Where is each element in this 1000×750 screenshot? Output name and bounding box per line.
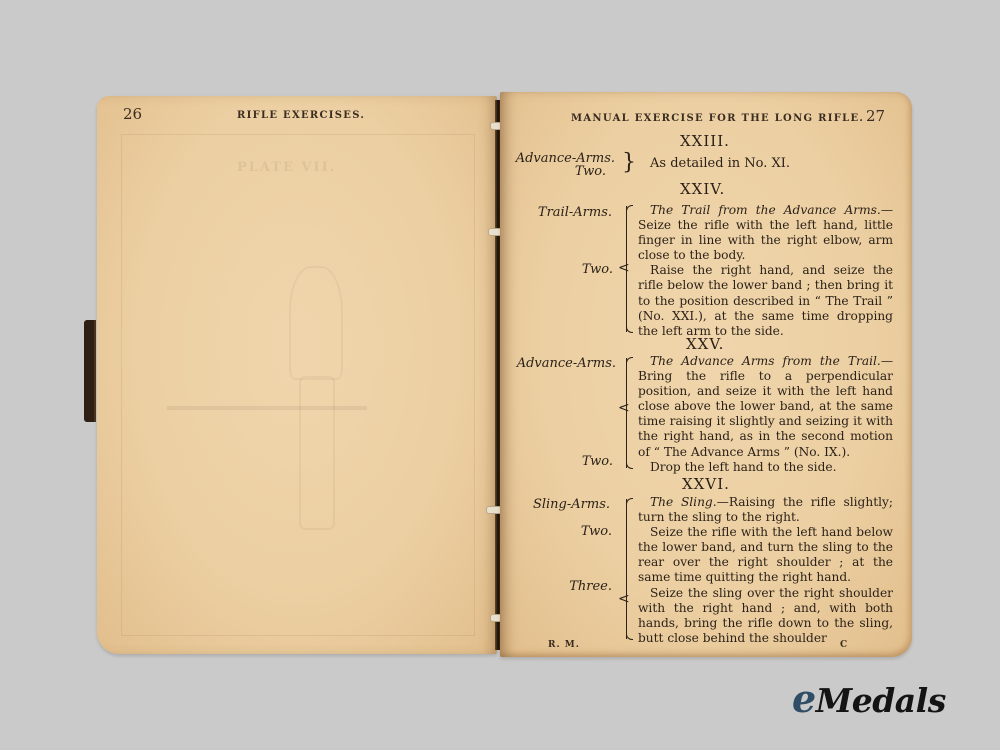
- section-body: The Advance Arms from the Trail.—Bring t…: [638, 354, 893, 475]
- section-numeral: XXV.: [686, 335, 724, 353]
- signature-mark: R. M.: [548, 640, 580, 650]
- book-clasp: [84, 320, 96, 422]
- show-through-rifle: [167, 406, 367, 410]
- brace-point-icon: <: [618, 400, 630, 416]
- right-running-head: MANUAL EXERCISE FOR THE LONG RIFLE.: [571, 113, 864, 124]
- section-title: The Trail from the Advance Arms.: [650, 203, 881, 217]
- emedals-logo: eMedals: [792, 676, 946, 721]
- show-through-plate-heading: PLATE VII.: [237, 160, 336, 175]
- logo-name: Medals: [816, 681, 946, 720]
- show-through-figure-torso: [289, 266, 343, 380]
- brace-icon: [626, 499, 633, 639]
- gathering-letter: C: [840, 640, 848, 650]
- brace-point-icon: <: [618, 591, 630, 607]
- left-running-head: RIFLE EXERCISES.: [237, 110, 365, 121]
- command-label: Two.: [500, 454, 613, 469]
- section-title: The Sling.: [650, 495, 717, 509]
- command-label: Two.: [500, 164, 606, 179]
- left-page-number: 26: [123, 105, 142, 123]
- show-through-plate-frame: [121, 134, 475, 636]
- paragraph: Bring the rifle to a perpendicular posit…: [638, 369, 893, 458]
- command-label: Advance-Arms.: [500, 356, 616, 371]
- command-label: Three.: [500, 579, 612, 594]
- section-title: The Advance Arms from the Trail.: [650, 354, 881, 368]
- paragraph: Seize the rifle with the left hand, litt…: [638, 218, 893, 262]
- section-body: The Sling.—Raising the rifle slightly; t…: [638, 495, 893, 646]
- section-numeral: XXIV.: [680, 180, 725, 198]
- section-body: The Trail from the Advance Arms.—Seize t…: [638, 203, 893, 339]
- paragraph: Seize the sling over the right shoulder …: [638, 586, 893, 646]
- command-label: Two.: [500, 262, 613, 277]
- section-text: As detailed in No. XI.: [650, 156, 905, 171]
- command-label: Sling-Arms.: [500, 497, 610, 512]
- show-through-figure-legs: [299, 376, 335, 530]
- open-book: 26 RIFLE EXERCISES. PLATE VII. MANUAL EX…: [0, 0, 1000, 750]
- paragraph: Raise the right hand, and seize the rifl…: [638, 263, 893, 338]
- command-label: Two.: [500, 524, 612, 539]
- section-numeral: XXVI.: [682, 475, 730, 493]
- logo-prefix: e: [792, 676, 816, 721]
- section-numeral: XXIII.: [680, 132, 730, 150]
- right-page: MANUAL EXERCISE FOR THE LONG RIFLE. 27 X…: [500, 92, 912, 657]
- right-page-number: 27: [866, 107, 885, 125]
- paragraph: Seize the rifle with the left hand below…: [638, 525, 893, 585]
- left-page: 26 RIFLE EXERCISES. PLATE VII.: [97, 96, 497, 654]
- brace-point-icon: <: [618, 260, 630, 276]
- command-label: Trail-Arms.: [500, 205, 612, 220]
- paragraph: Drop the left hand to the side.: [638, 460, 893, 475]
- brace-icon: }: [622, 150, 636, 175]
